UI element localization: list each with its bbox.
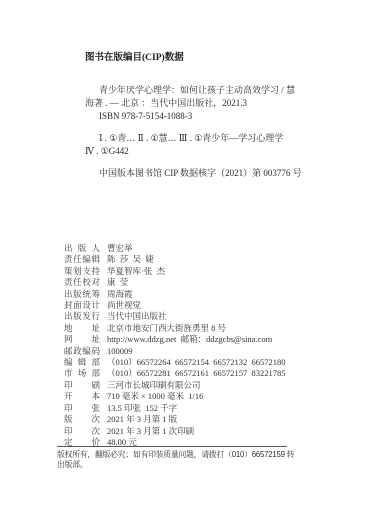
colophon-row-edition: 版次2021 年 3 月第 1 版 xyxy=(64,414,324,425)
colophon-value: 华夏智库·张 杰 xyxy=(107,266,165,277)
colophon-value: （010）66572281 66572161 66572157 83221785 xyxy=(107,368,286,379)
cip-record-number: 中国版本图书馆 CIP 数据核字（2021）第 003776 号 xyxy=(85,167,310,180)
colophon-label: 出版发行 xyxy=(64,311,100,322)
colophon-row-sheets: 印张13.5 印张 152 千字 xyxy=(64,403,324,414)
book-copyright-page: 图书在版编目(CIP)数据 青少年厌学心理学：如何让孩子主动高效学习 / 慧 海… xyxy=(0,0,375,529)
colophon-value: 周海霞 xyxy=(107,289,133,300)
colophon-row-address: 地址北京市地安门西大街旌勇里 8 号 xyxy=(64,323,324,334)
colophon-label: 版次 xyxy=(64,414,100,425)
colophon-value: http://www.ddzg.net 邮箱：ddzgcbs@sina.com xyxy=(107,334,272,345)
colophon-row-postcode: 邮政编码100009 xyxy=(64,346,324,357)
colophon-value: 2021 年 3 月第 1 次印刷 xyxy=(107,426,194,437)
colophon-value: 13.5 印张 152 千字 xyxy=(107,403,177,414)
colophon-value: 陈 莎 吴 婕 xyxy=(107,254,154,265)
colophon-value: 北京市地安门西大街旌勇里 8 号 xyxy=(107,323,226,334)
cip-title-line2: 海著 . — 北京 ：当代中国出版社，2021.3 xyxy=(85,97,310,110)
colophon-row-planning: 策划支持华夏智库·张 杰 xyxy=(64,266,324,277)
colophon-block: 出版人曹宏举 责任编辑陈 莎 吴 婕 策划支持华夏智库·张 杰 责任校对康 莹 … xyxy=(64,243,324,448)
colophon-row-editor: 责任编辑陈 莎 吴 婕 xyxy=(64,254,324,265)
colophon-row-format: 开本710 毫米 × 1000 毫米 1/16 xyxy=(64,391,324,402)
cip-classification-line2: Ⅳ . ①G442 xyxy=(85,145,310,158)
colophon-value: 三河市长城印刷有限公司 xyxy=(107,380,201,391)
colophon-value: （010）66572264 66572154 66572132 66572180 xyxy=(107,357,286,368)
colophon-row-publisher: 出版发行当代中国出版社 xyxy=(64,311,324,322)
colophon-row-cover-design: 封面设计尚世视觉 xyxy=(64,300,324,311)
colophon-label: 封面设计 xyxy=(64,300,100,311)
colophon-label: 网址 xyxy=(64,334,100,345)
cip-title-line1: 青少年厌学心理学：如何让孩子主动高效学习 / 慧 xyxy=(85,84,310,97)
colophon-label: 责任编辑 xyxy=(64,254,100,265)
colophon-label: 印次 xyxy=(64,426,100,437)
colophon-row-publisher-person: 出版人曹宏举 xyxy=(64,243,324,254)
colophon-label: 印张 xyxy=(64,403,100,414)
colophon-label: 策划支持 xyxy=(64,266,100,277)
colophon-label: 地址 xyxy=(64,323,100,334)
colophon-label: 责任校对 xyxy=(64,277,100,288)
colophon-row-editorial-dept: 编辑部（010）66572264 66572154 66572132 66572… xyxy=(64,357,324,368)
colophon-row-coordinator: 出版统筹周海霞 xyxy=(64,289,324,300)
colophon-value: 2021 年 3 月第 1 版 xyxy=(107,414,177,425)
colophon-label: 开本 xyxy=(64,391,100,402)
colophon-label: 编辑部 xyxy=(64,357,100,368)
colophon-row-website: 网址http://www.ddzg.net 邮箱：ddzgcbs@sina.co… xyxy=(64,334,324,345)
cip-classification-line1: Ⅰ . ①青… Ⅱ . ①慧… Ⅲ . ①青少年—学习心理学 xyxy=(85,132,310,145)
colophon-value: 710 毫米 × 1000 毫米 1/16 xyxy=(107,391,203,402)
colophon-row-marketing-dept: 市场部（010）66572281 66572161 66572157 83221… xyxy=(64,368,324,379)
colophon-label: 印刷 xyxy=(64,380,100,391)
colophon-label: 出版统筹 xyxy=(64,289,100,300)
cip-isbn: ISBN 978-7-5154-1088-3 xyxy=(85,110,310,123)
colophon-row-proofreader: 责任校对康 莹 xyxy=(64,277,324,288)
colophon-label: 出版人 xyxy=(64,243,100,254)
colophon-value: 当代中国出版社 xyxy=(107,311,167,322)
divider-line xyxy=(57,446,287,447)
colophon-value: 康 莹 xyxy=(107,277,128,288)
colophon-value: 尚世视觉 xyxy=(107,300,141,311)
colophon-row-impression: 印次2021 年 3 月第 1 次印刷 xyxy=(64,426,324,437)
colophon-label: 市场部 xyxy=(64,368,100,379)
cip-heading: 图书在版编目(CIP)数据 xyxy=(85,52,310,65)
cip-data-block: 图书在版编目(CIP)数据 青少年厌学心理学：如何让孩子主动高效学习 / 慧 海… xyxy=(85,52,310,180)
colophon-value: 曹宏举 xyxy=(107,243,133,254)
colophon-row-printing: 印刷三河市长城印刷有限公司 xyxy=(64,380,324,391)
colophon-label: 邮政编码 xyxy=(64,346,100,357)
copyright-notice: 版权所有，翻版必究；如有印装质量问题，请拨打（010）66572159 转出版部… xyxy=(57,450,297,470)
colophon-value: 100009 xyxy=(107,346,133,357)
